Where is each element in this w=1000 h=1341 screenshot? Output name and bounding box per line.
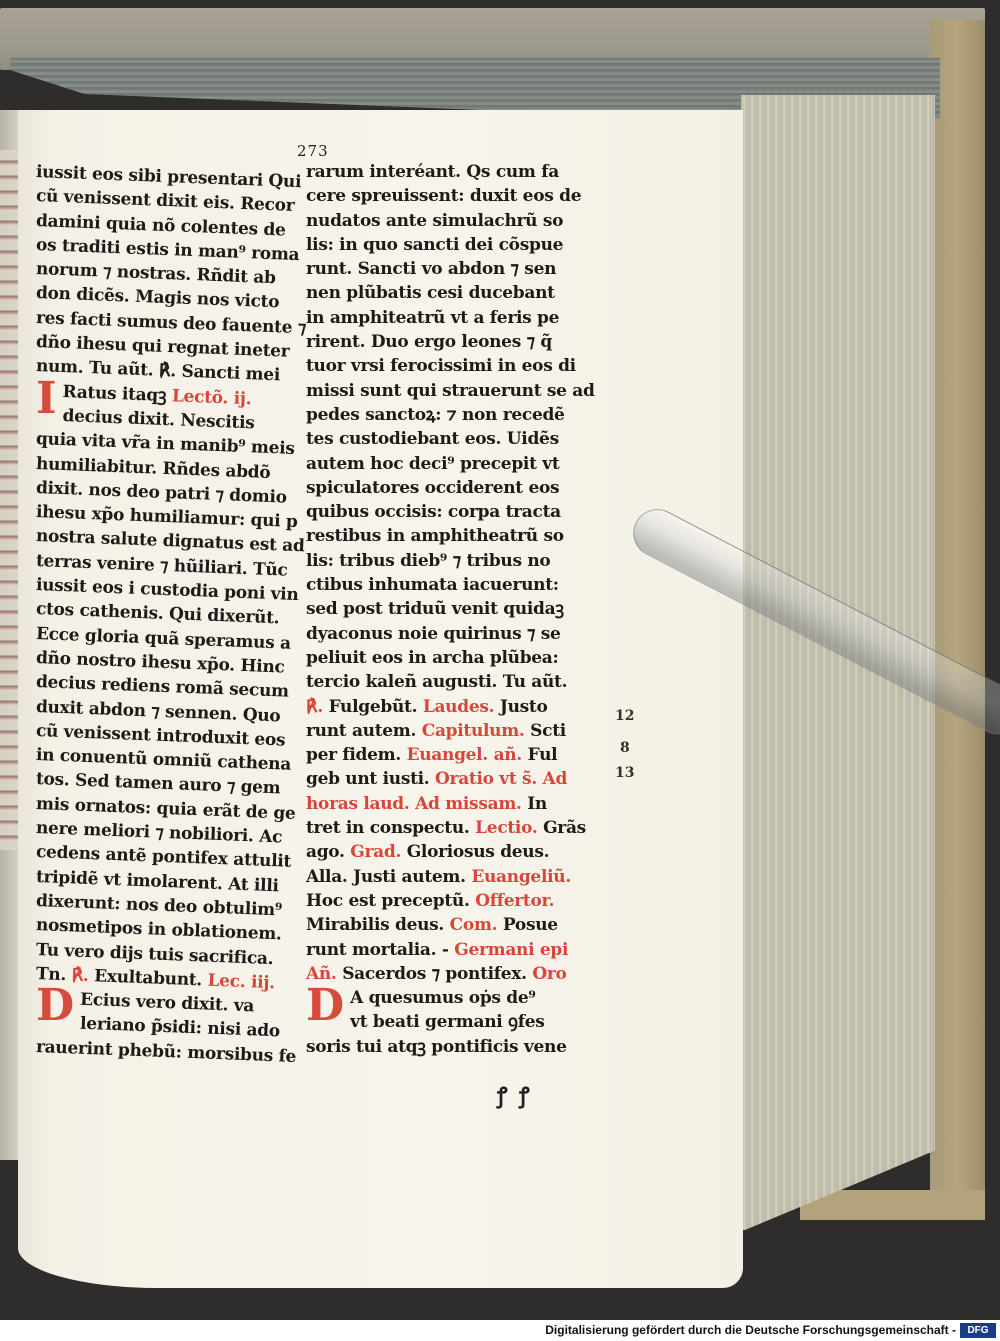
text-line: tercio kaleñ augusti. Tu aũt.	[306, 670, 582, 694]
text-line: nen plũbatis cesi ducebant	[306, 281, 582, 305]
rubric: Euangel. añ.	[407, 745, 528, 765]
rubric: Lectõ. ij.	[172, 386, 252, 409]
text-span: Posue	[503, 915, 558, 935]
text-line: Añ. Sacerdos ⁊ pontifex. Oro	[306, 962, 582, 986]
text-line: autem hoc deci⁹ precepit vt	[306, 452, 582, 476]
text-line: ago. Grad. Gloriosus deus.	[306, 840, 582, 864]
text-span: Hoc est preceptũ.	[306, 891, 475, 911]
text-line: horas laud. Ad missam. In	[306, 792, 582, 816]
text-span: Scti	[530, 721, 566, 741]
rubric: Capitulum.	[422, 721, 530, 741]
text-span: In	[527, 794, 547, 814]
text-line: quibus occisis: corpa tracta	[306, 500, 582, 524]
text-span: ago.	[306, 842, 350, 862]
book-scan: 273 iussit eos sibi presentari Quicũ ven…	[0, 0, 1000, 1320]
text-span: Alla. Justi autem.	[306, 867, 471, 887]
text-span: Sacerdos ⁊ pontifex.	[342, 964, 532, 984]
text-line: in amphiteatrũ vt a feris pe	[306, 306, 582, 330]
text-line: sed post triduũ venit quidaꝫ	[306, 597, 582, 621]
rubric: Añ.	[306, 964, 342, 984]
facing-page-text-fragment	[0, 150, 18, 850]
text-line: missi sunt qui strauerunt se ad	[306, 379, 582, 403]
text-line: cere spreuissent: duxit eos de	[306, 184, 582, 208]
text-line: dyaconus noie quirinus ⁊ se	[306, 622, 582, 646]
margin-note: 13	[615, 765, 634, 781]
text-span: geb unt iusti.	[306, 769, 435, 789]
text-line: rirent. Duo ergo leones ⁊ q̃	[306, 330, 582, 354]
rubric: horas laud. Ad missam.	[306, 794, 527, 814]
rubric: Grad.	[350, 842, 406, 862]
text-line: tuor vrsi ferocissimi in eos di	[306, 354, 582, 378]
text-line: pedes sanctoꝝ: ⁊ non recedẽ	[306, 403, 582, 427]
text-line: peliuit eos in archa plũbea:	[306, 646, 582, 670]
rubric: Offertor.	[475, 891, 554, 911]
text-span: runt autem.	[306, 721, 422, 741]
text-span: Mirabilis deus.	[306, 915, 450, 935]
signature-mark: ꝭ ꝭ	[497, 1080, 532, 1110]
rubric: Oratio vt s̃. Ad	[435, 769, 567, 789]
text-line: vt beati germani ꝯfes	[306, 1010, 582, 1034]
rubric: ℟.	[306, 697, 329, 717]
rubric: Oro	[532, 964, 566, 984]
funding-credit: Digitalisierung gefördert durch die Deut…	[545, 1323, 956, 1337]
text-line: Mirabilis deus. Com. Posue	[306, 913, 582, 937]
text-line: nudatos ante simulachrũ so	[306, 209, 582, 233]
text-line: tret in conspectu. Lectio. Grãs	[306, 816, 582, 840]
initial-block: DA quesumus oṗs de⁹vt beati germani ꝯfes	[306, 986, 582, 1035]
margin-note: 8	[620, 740, 630, 756]
text-line: per fidem. Euangel. añ. Ful	[306, 743, 582, 767]
text-span: Ratus itaqꝫ	[62, 382, 172, 406]
rubric: Laudes.	[423, 697, 500, 717]
text-span: runt mortalia. -	[306, 940, 454, 960]
text-line: ctibus inhumata iacuerunt:	[306, 573, 582, 597]
margin-note: 12	[615, 708, 634, 724]
text-line: lis: in quo sancti dei cõspue	[306, 233, 582, 257]
text-span: Justo	[500, 697, 548, 717]
text-line: Alla. Justi autem. Euangeliũ.	[306, 865, 582, 889]
text-span: Tn.	[36, 964, 72, 985]
initial-capital: D	[306, 988, 344, 1024]
text-column-right: rarum interéant. Qs cum facere spreuisse…	[306, 160, 582, 1059]
text-line: runt. Sancti vo abdon ⁊ sen	[306, 257, 582, 281]
text-line: geb unt iusti. Oratio vt s̃. Ad	[306, 767, 582, 791]
text-line: soris tui atqꝫ pontificis vene	[306, 1035, 582, 1059]
rubric: Lec. iij.	[207, 970, 275, 993]
rubric: Lectio.	[475, 818, 543, 838]
text-line: Hoc est preceptũ. Offertor.	[306, 889, 582, 913]
text-line: spiculatores occiderent eos	[306, 476, 582, 500]
text-line: A quesumus oṗs de⁹	[306, 986, 582, 1010]
text-line: lis: tribus dieb⁹ ⁊ tribus no	[306, 549, 582, 573]
text-line: ℟. Fulgebũt. Laudes. Justo	[306, 695, 582, 719]
text-span: Grãs	[543, 818, 586, 838]
book-cover-right	[930, 20, 985, 1200]
folio-number: 273	[297, 142, 329, 160]
text-line: tes custodiebant eos. Uidẽs	[306, 427, 582, 451]
text-span: per fidem.	[306, 745, 407, 765]
rubric: Euangeliũ.	[471, 867, 571, 887]
text-span: Exultabunt.	[94, 966, 208, 990]
text-span: Gloriosus deus.	[407, 842, 550, 862]
text-line: runt mortalia. - Germani epi	[306, 938, 582, 962]
text-span: tret in conspectu.	[306, 818, 475, 838]
text-line: rarum interéant. Qs cum fa	[306, 160, 582, 184]
text-line: restibus in amphitheatrũ so	[306, 524, 582, 548]
footer-bar: Digitalisierung gefördert durch die Deut…	[0, 1320, 1000, 1341]
rubric: ℟.	[71, 965, 94, 986]
text-column-left: iussit eos sibi presentari Quicũ venisse…	[36, 160, 298, 1059]
text-span: Ful	[528, 745, 558, 765]
dfg-logo: DFG	[960, 1323, 996, 1338]
text-span: Fulgebũt.	[329, 697, 423, 717]
rubric: Germani epi	[454, 940, 568, 960]
rubric: Com.	[450, 915, 503, 935]
text-line: runt autem. Capitulum. Scti	[306, 719, 582, 743]
